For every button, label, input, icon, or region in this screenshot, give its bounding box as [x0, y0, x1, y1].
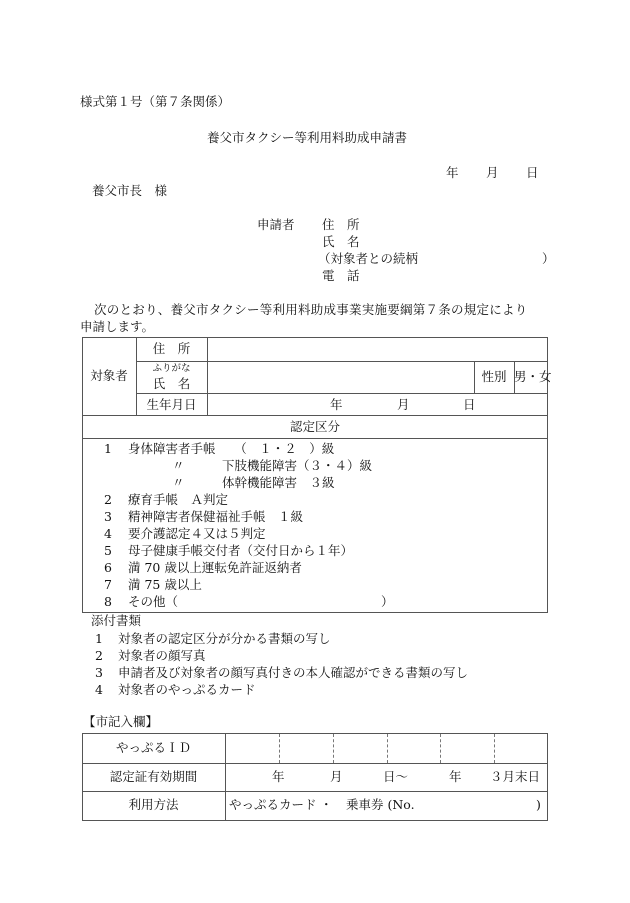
category-text: 下肢機能障害（３・４）級: [222, 458, 372, 474]
birth-month-label: 月: [397, 397, 410, 413]
category-num: 7: [104, 577, 112, 593]
usage-ticket-option[interactable]: 乗車券 (No.: [346, 797, 415, 813]
applicant-name-label: 氏 名: [322, 234, 360, 250]
gender-label: 性別: [474, 369, 514, 385]
subject-address-field[interactable]: [208, 338, 547, 361]
validity-day-1: 日～: [383, 769, 408, 785]
form-number: 様式第１号（第７条関係）: [80, 94, 230, 110]
subject-address-label: 住 所: [136, 341, 207, 357]
usage-close: ): [536, 797, 541, 813]
attachment-text: 対象者の認定区分が分かる書類の写し: [118, 631, 331, 647]
subject-group-label: 対象者: [82, 368, 136, 384]
category-header: 認定区分: [82, 419, 548, 435]
category-num: 8: [104, 594, 112, 610]
validity-year-2: 年: [449, 769, 462, 785]
page-title: 養父市タクシー等利用料助成申請書: [207, 130, 407, 146]
category-text: 療育手帳 Ａ判定: [128, 492, 228, 508]
category-text: 精神障害者保健福祉手帳 １級: [128, 509, 303, 525]
category-num: 4: [104, 526, 112, 542]
intro-line-1: 次のとおり、養父市タクシー等利用料助成事業実施要綱第７条の規定により: [94, 302, 528, 318]
ditto-mark: 〃: [172, 458, 185, 474]
category-text: 要介護認定４又は５判定: [128, 526, 266, 542]
gender-options[interactable]: 男・女: [514, 369, 547, 385]
yappuru-id-field[interactable]: [226, 734, 547, 763]
validity-year-1: 年: [272, 769, 285, 785]
applicant-label: 申請者: [257, 217, 295, 233]
category-num: 1: [104, 441, 112, 457]
attachment-text: 申請者及び対象者の顔写真付きの本人確認ができる書類の写し: [118, 665, 468, 681]
category-text: 母子健康手帳交付者（交付日から１年）: [128, 543, 353, 559]
usage-card-option[interactable]: やっぷるカード: [229, 797, 317, 813]
category-num: 2: [104, 492, 112, 508]
validity-end: ３月末日: [490, 769, 540, 785]
attachment-num: 3: [95, 665, 103, 681]
applicant-phone-label: 電 話: [322, 268, 360, 284]
birthdate-label: 生年月日: [136, 397, 207, 413]
category-other-close: ）: [381, 594, 394, 610]
birth-year-label: 年: [330, 397, 343, 413]
birth-day-label: 日: [463, 397, 476, 413]
applicant-relation-close: ）: [542, 251, 555, 267]
date-month-label: 月: [486, 165, 499, 181]
attachment-num: 1: [95, 631, 103, 647]
category-text: 身体障害者手帳 （ １・２ ）級: [128, 441, 334, 457]
category-text: 体幹機能障害 ３級: [222, 475, 335, 491]
furigana-label: ふりがな: [136, 363, 207, 374]
category-num: 3: [104, 509, 112, 525]
addressee: 養父市長 様: [92, 183, 167, 199]
ditto-mark: 〃: [172, 475, 185, 491]
category-text: その他（: [128, 594, 178, 610]
attachment-num: 4: [95, 682, 103, 698]
validity-label: 認定証有効期間: [82, 769, 225, 785]
category-num: 6: [104, 560, 112, 576]
date-year-label: 年: [446, 165, 459, 181]
attachment-num: 2: [95, 648, 103, 664]
attachment-text: 対象者の顔写真: [118, 648, 206, 664]
validity-month-1: 月: [330, 769, 343, 785]
usage-separator: ・: [320, 797, 333, 813]
yappuru-id-label: やっぷるＩＤ: [82, 740, 225, 756]
applicant-address-label: 住 所: [322, 217, 360, 233]
category-text: 満 70 歳以上運転免許証返納者: [128, 560, 302, 576]
subject-name-label: 氏 名: [136, 376, 207, 392]
attachments-title: 添付書類: [91, 613, 141, 629]
category-text: 満 75 歳以上: [128, 577, 202, 593]
attachment-text: 対象者のやっぷるカード: [118, 682, 256, 698]
applicant-relation-label: （対象者との続柄: [318, 251, 418, 267]
usage-label: 利用方法: [82, 797, 225, 813]
intro-line-2: 申請します。: [80, 319, 154, 335]
category-num: 5: [104, 543, 112, 559]
office-use-title: 【市記入欄】: [83, 714, 158, 730]
date-day-label: 日: [526, 165, 539, 181]
subject-name-field[interactable]: [208, 362, 474, 393]
